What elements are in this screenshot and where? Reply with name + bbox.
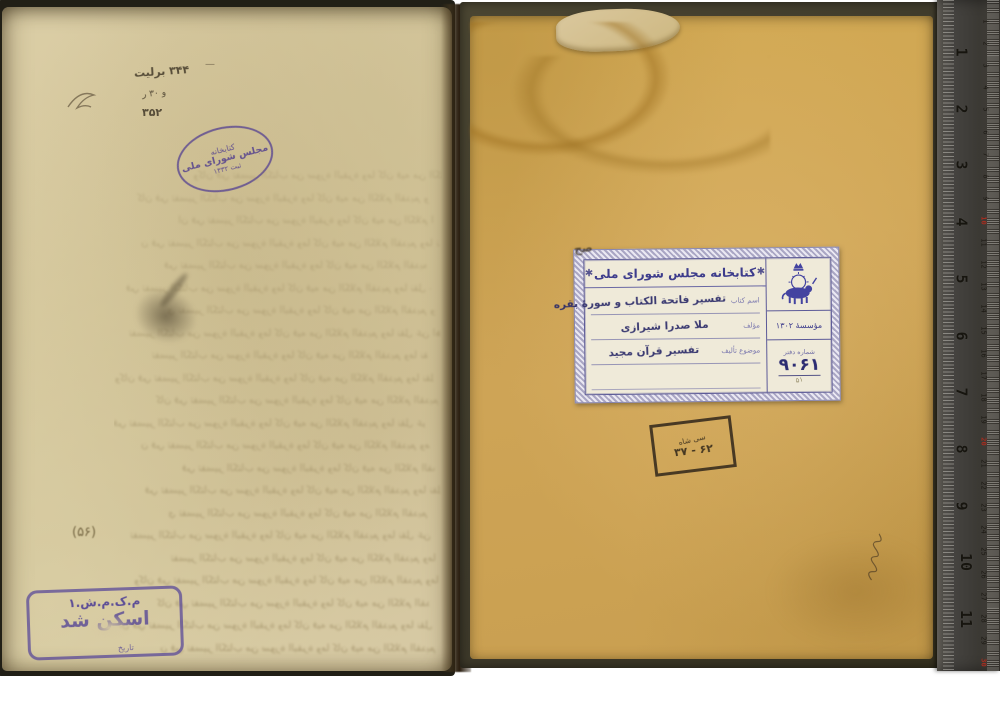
ruler-cm-number: 30: [979, 658, 986, 666]
right-page: صح ✱ کتابخانه مجلس شورای ملی ✱ اسم کتاب: [470, 16, 933, 659]
left-page: ۳۴۴ برلیت — و ۳۰ ر ۳۵۲ کتابخانه مجلس شور…: [2, 7, 452, 671]
ruler-cm-number: 16: [979, 349, 986, 357]
rosette-icon: ✱: [757, 266, 766, 277]
handwritten-dash: —: [205, 59, 215, 70]
ruler-cm-number: 14: [979, 305, 986, 313]
label-field-author: مؤلف ملا صدرا شیرازی: [591, 313, 760, 340]
ruler-cm-number: 3: [981, 64, 988, 68]
ruler-cm-number: 29: [979, 636, 986, 644]
ruler-inch-number: 7: [953, 388, 971, 397]
book-cover-edge-right: صح ✱ کتابخانه مجلس شورای ملی ✱ اسم کتاب: [460, 2, 948, 668]
bleed-line: وكان في تفسير الكتاب من سورة البقرة وما …: [193, 165, 442, 188]
ruler-inch-number: 4: [953, 218, 971, 227]
ruler-inch-number: 9: [953, 501, 971, 510]
bleed-line: كان في تفسير الكتاب من سورة البقرة وما ك…: [137, 188, 429, 211]
ruler-cm-number: 1: [981, 19, 988, 23]
bleed-line: في تفسير الكتاب من سورة البقرة وما كان ف…: [145, 480, 440, 503]
field-label: اسم کتاب: [731, 296, 760, 304]
scanned-stamp: م.ک.م.ش.۱ اسکن شد تاریخ: [26, 585, 184, 660]
handwritten-number-352: ۳۵۲: [142, 106, 162, 119]
ruler-cm-number: 4: [981, 86, 988, 90]
rosette-icon: ✱: [585, 268, 594, 279]
ruler-cm-number: 9: [981, 196, 988, 200]
ruler-inch-number: 11: [957, 610, 975, 628]
label-register-cell: شماره دفتر ۹۰۶۱ ۵۱: [767, 340, 832, 393]
bleed-line: في تفسير الكتاب من سورة البقرة وما كان ف…: [182, 458, 435, 481]
ruler-cm-number: 12: [979, 260, 986, 268]
shelf-number-stamp: سی شاه ۶۲ - ۳۷: [649, 415, 737, 477]
label-title: کتابخانه مجلس شورای ملی: [594, 265, 756, 281]
ruler-cm-number: 15: [979, 327, 986, 335]
approval-mark: صح: [573, 241, 593, 256]
field-label: موضوع تألیف: [721, 346, 760, 354]
ruler-cm-number: 11: [979, 238, 986, 246]
ruler-cm-number: 24: [979, 526, 986, 534]
label-empty-line: [591, 363, 760, 390]
ruler-cm-number: 6: [981, 130, 988, 134]
ruler-inch-number: 3: [953, 161, 971, 170]
ruler-inch-number: 2: [953, 104, 971, 113]
register-number: ۹۰۶۱: [779, 356, 821, 376]
ruler-cm-number: 5: [981, 108, 988, 112]
lion-and-sun-emblem: [766, 258, 831, 312]
lion-and-sun-icon: [777, 262, 819, 306]
field-value: تفسیر قرآن مجید: [591, 343, 716, 360]
ruler-cm-number: 25: [979, 548, 986, 556]
ruler-cm-number: 28: [979, 614, 986, 622]
ruler-cm-number: 10: [979, 216, 986, 224]
label-header: ✱ کتابخانه مجلس شورای ملی ✱: [584, 258, 765, 288]
bleed-line: ان في تفسير الكتاب من سورة البقرة وما كا…: [114, 413, 425, 436]
bleed-line: كان في تفسير الكتاب من سورة البقرة وما ك…: [156, 390, 438, 413]
stain-bottom: [770, 536, 940, 646]
stamp-fade-patch: [85, 614, 134, 642]
ruler-inch-number: 8: [953, 444, 971, 453]
ruler: 1234567891011123456789101112131415161718…: [937, 0, 1000, 671]
bleed-line: ن في تفسير الكتاب من سورة البقرة وما كان…: [141, 435, 430, 458]
ruler-cm-number: 22: [979, 481, 986, 489]
ruler-cm-number: 27: [979, 592, 986, 600]
ruler-cm-number: 7: [981, 152, 988, 156]
handwritten-note-2: و ۳۰ ر: [142, 88, 167, 100]
label-field-subject: موضوع تألیف تفسیر قرآن مجید: [591, 338, 760, 365]
bleed-line: ن في تفسير الكتاب من سورة البقرة وما كان…: [141, 233, 439, 256]
bleed-line: تفسير الكتاب من سورة البقرة وما كان فيه …: [152, 345, 428, 368]
ruler-inch-number: 5: [953, 274, 971, 283]
ruler-cm-number: 23: [979, 503, 986, 511]
bleed-line: وكان في تفسير الكتاب من سورة البقرة وما …: [115, 368, 433, 391]
ruler-cm-number: 20: [979, 437, 986, 445]
ruler-inch-number: 10: [957, 553, 975, 571]
pencil-note: ۵۱: [795, 375, 804, 384]
manuscript-scan: ۳۴۴ برلیت — و ۳۰ ر ۳۵۲ کتابخانه مجلس شور…: [0, 0, 1000, 707]
field-label: مؤلف: [743, 321, 760, 329]
ruler-cm-number: 26: [979, 570, 986, 578]
ruler-cm-number: 17: [979, 371, 986, 379]
scan-stamp-date-label: تاریخ: [118, 643, 134, 653]
field-value: تفسیر فاتحة الکتاب و سورهٔ بقره: [553, 293, 726, 311]
bleed-line: في تفسير الكتاب من سورة البقرة وما كان ف…: [164, 255, 426, 278]
bleed-line: ن في تفسير الكتاب من سورة البقرة وما كان…: [160, 638, 439, 661]
bleed-line: تفسير الكتاب من سورة البقرة وما كان فيه …: [171, 548, 437, 571]
bleed-line: تفسير الكتاب من سورة البقرة وما كان فيه …: [130, 525, 432, 548]
bleed-line: ي تفسير الكتاب من سورة البقرة وما كان في…: [167, 300, 436, 323]
bleed-line: ان في تفسير الكتاب من سورة البقرة وما كا…: [178, 210, 434, 233]
label-founded: مؤسسهٔ ۱۳۰۲: [767, 311, 831, 341]
page-number: (۵۶): [72, 525, 96, 540]
ruler-cm-number: 21: [979, 459, 986, 467]
water-stain-2: [510, 56, 770, 176]
handwritten-note-1: ۳۴۴ برلیت: [134, 63, 190, 80]
ruler-inch-number: 6: [953, 331, 971, 340]
bleed-line: كان في تفسير الكتاب من سورة البقرة وما ك…: [157, 593, 429, 616]
ruler-cm-number: 18: [979, 393, 986, 401]
ruler-inch-number: 1: [953, 47, 971, 56]
bleed-line: ي تفسير الكتاب من سورة البقرة وما كان في…: [168, 503, 427, 526]
ruler-cm-number: 19: [979, 415, 986, 423]
field-value: ملا صدرا شیرازی: [591, 318, 739, 335]
ink-squiggle: [64, 85, 104, 119]
ruler-cm-number: 13: [979, 282, 986, 290]
library-label: ✱ کتابخانه مجلس شورای ملی ✱ اسم کتاب تفس…: [573, 247, 841, 404]
label-field-book-name: اسم کتاب تفسیر فاتحة الکتاب و سورهٔ بقره: [591, 288, 760, 315]
ruler-cm-number: 8: [981, 174, 988, 178]
ruler-cm-number: 2: [981, 41, 988, 45]
